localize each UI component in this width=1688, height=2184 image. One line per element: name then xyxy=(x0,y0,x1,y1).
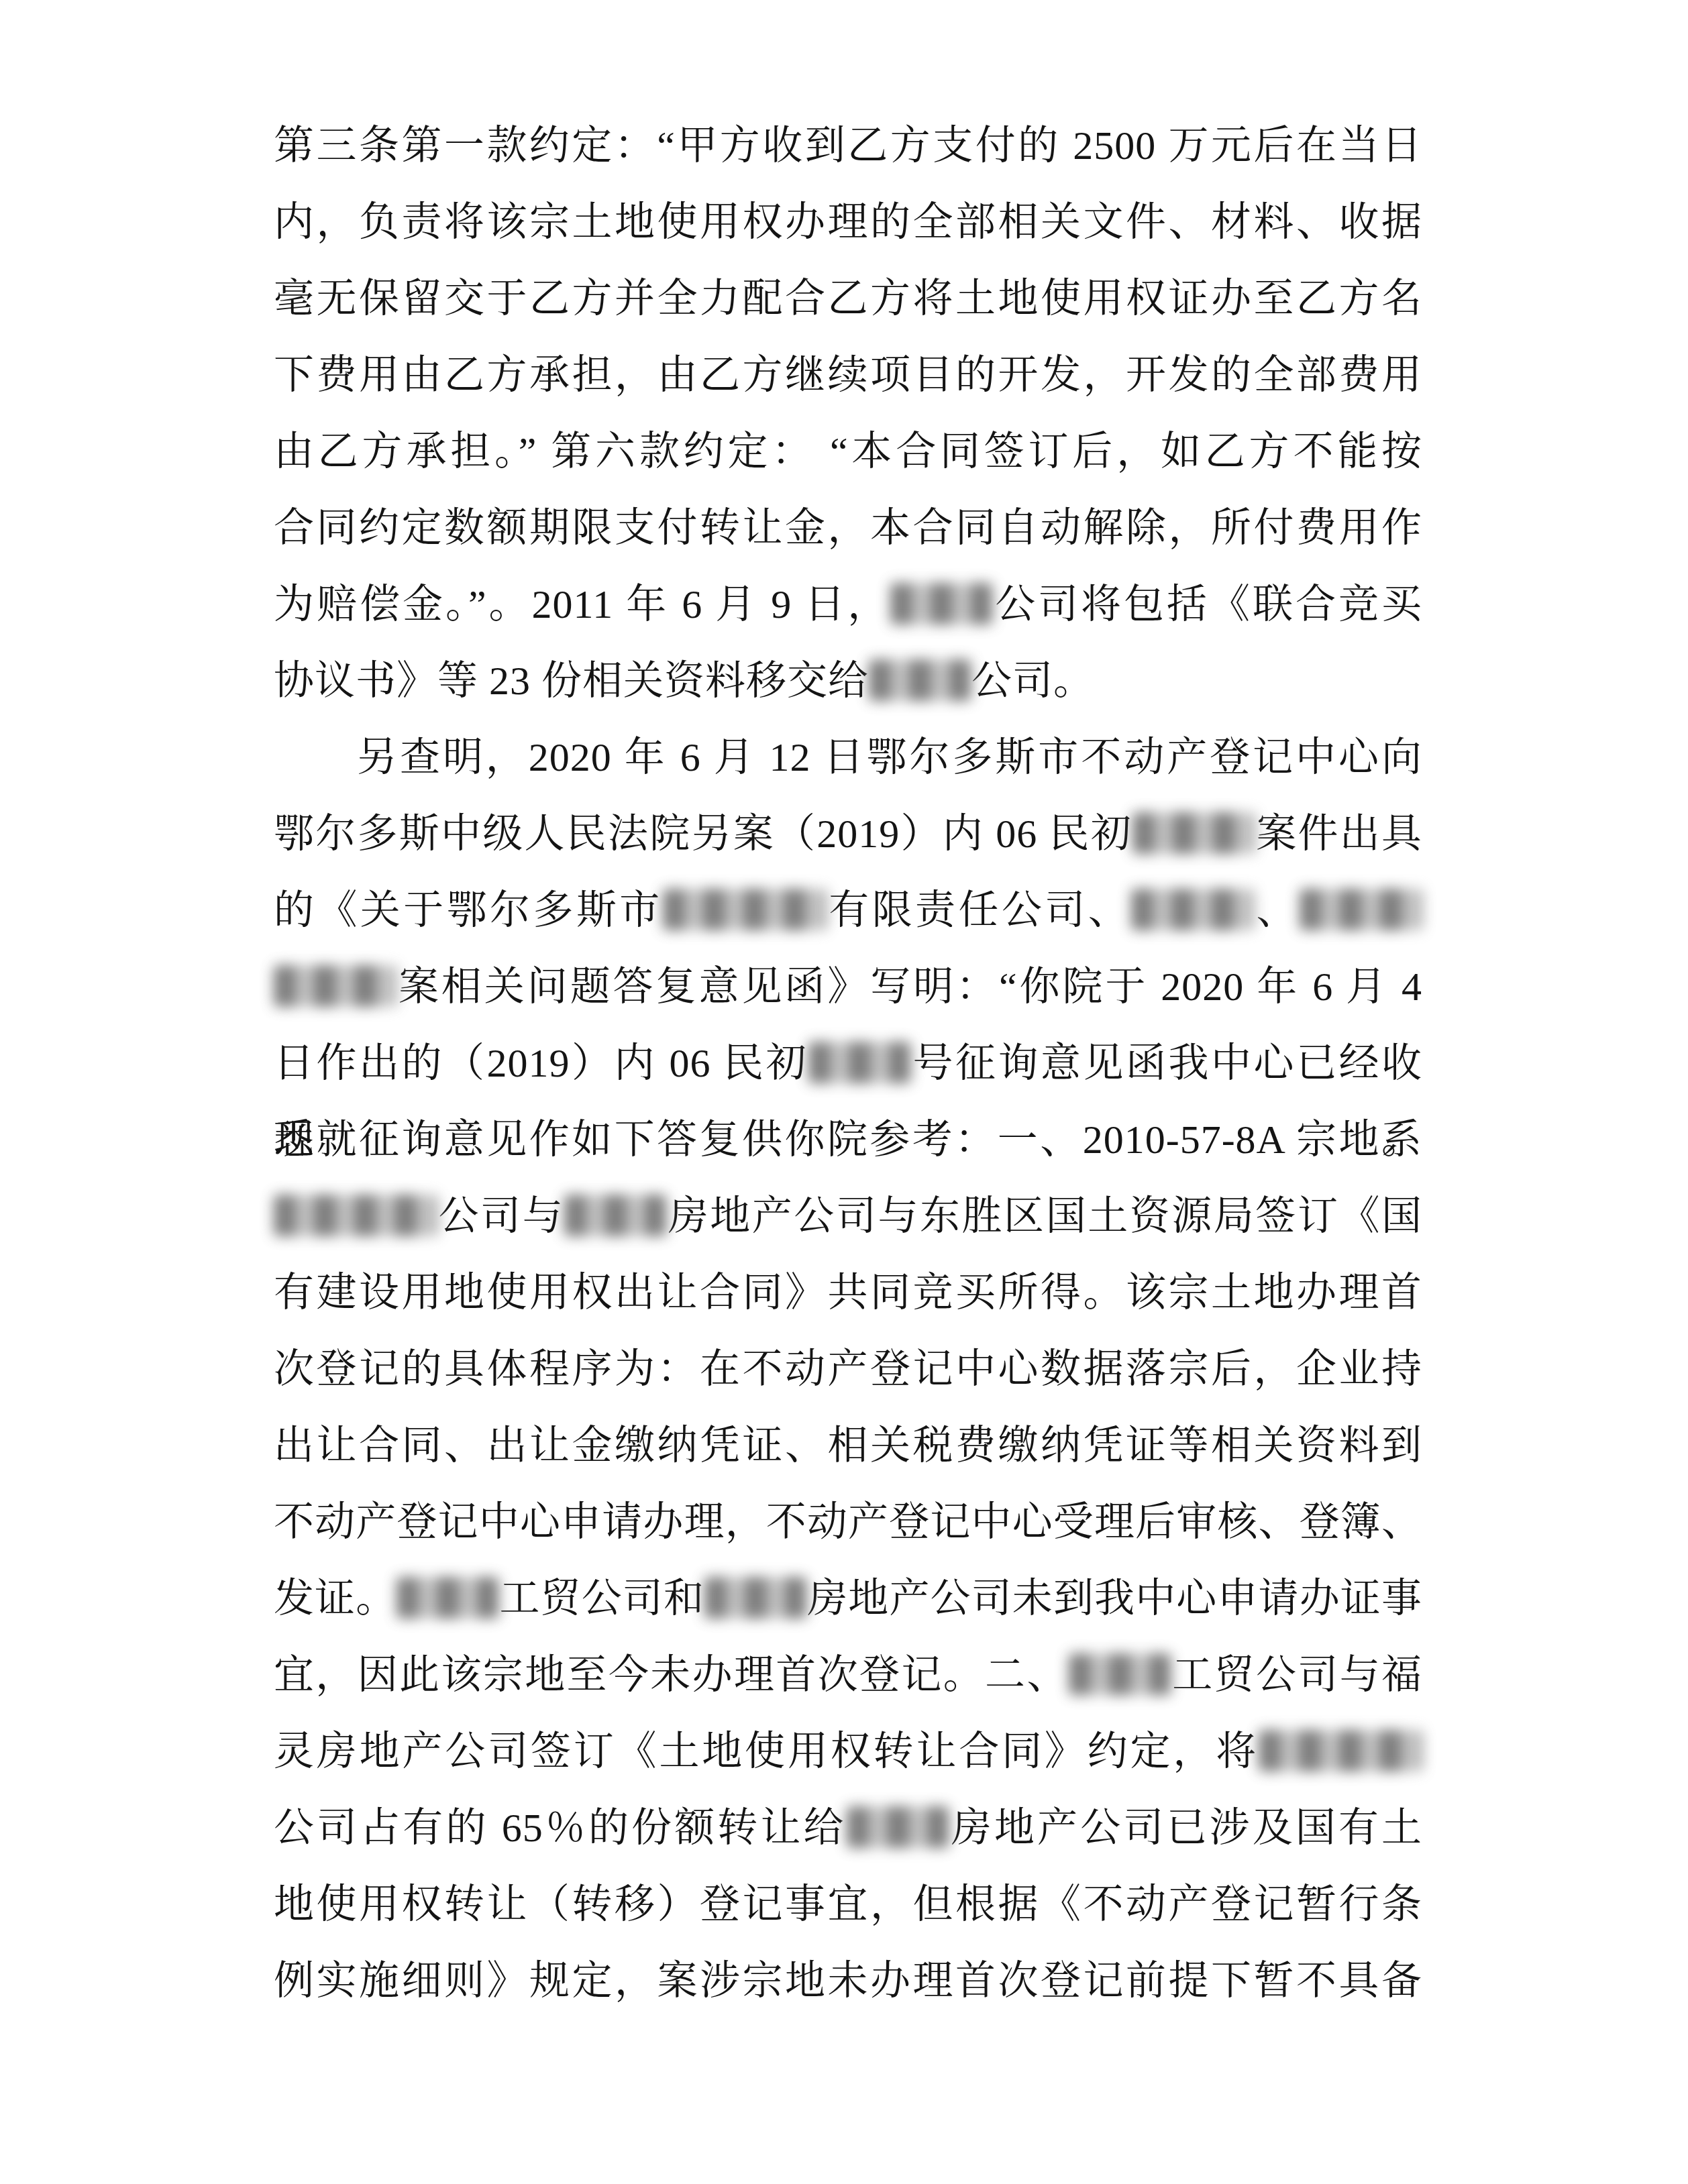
text-run: 灵房地产公司签订《土地使用权转让合同》约定，将 xyxy=(274,1729,1259,1773)
text-run: 发证。 xyxy=(274,1576,397,1621)
text-line: 下费用由乙方承担，由乙方继续项目的开发，开发的全部费用 xyxy=(274,337,1422,413)
redacted-text xyxy=(274,1195,437,1236)
redacted-text xyxy=(808,1042,911,1083)
text-run: 房地产公司未到我中心申请办证事 xyxy=(807,1576,1422,1621)
text-run: 例实施细则》规定，案涉宗地未办理首次登记前提下暂不具备 xyxy=(274,1959,1422,2003)
text-run: 出让合同、出让金缴纳凭证、相关税费缴纳凭证等相关资料到 xyxy=(274,1423,1422,1468)
text-line: 公司占有的 65％的份额转让给房地产公司已涉及国有土 xyxy=(274,1790,1422,1866)
text-run: 地使用权转让（转移）登记事宜，但根据《不动产登记暂行条 xyxy=(274,1882,1422,1926)
text-line: 灵房地产公司签订《土地使用权转让合同》约定，将 xyxy=(274,1713,1422,1790)
text-run: 为赔偿金。”。2011 年 6 月 9 日， xyxy=(274,582,890,626)
text-line: 公司与房地产公司与东胜区国土资源局签订《国 xyxy=(274,1178,1422,1254)
text-line: 案相关问题答复意见函》写明：“你院于 2020 年 6 月 4 xyxy=(274,948,1422,1025)
text-line: 宜，因此该宗地至今未办理首次登记。二、工贸公司与福 xyxy=(274,1637,1422,1713)
redacted-text xyxy=(1259,1730,1422,1771)
text-line: 地使用权转让（转移）登记事宜，但根据《不动产登记暂行条 xyxy=(274,1866,1422,1943)
text-run: 日作出的（2019）内 06 民初 xyxy=(274,1041,808,1085)
text-run: 有建设用地使用权出让合同》共同竞买所得。该宗土地办理首 xyxy=(274,1270,1422,1315)
text-line: 次登记的具体程序为：在不动产登记中心数据落宗后，企业持 xyxy=(274,1331,1422,1407)
text-line: 的《关于鄂尔多斯市有限责任公司、、 xyxy=(274,872,1422,948)
redacted-text xyxy=(1131,889,1254,930)
redacted-text xyxy=(1300,889,1422,930)
document-page: 第三条第一款约定：“甲方收到乙方支付的 2500 万元后在当日内，负责将该宗土地… xyxy=(0,0,1688,2184)
text-run: 工贸公司与福 xyxy=(1171,1653,1422,1697)
text-run: 公司。 xyxy=(971,659,1094,703)
text-line: 为赔偿金。”。2011 年 6 月 9 日，公司将包括《联合竞买 xyxy=(274,566,1422,643)
text-line: 第三条第一款约定：“甲方收到乙方支付的 2500 万元后在当日 xyxy=(274,107,1422,184)
redacted-text xyxy=(847,1806,949,1848)
text-run: 另查明，2020 年 6 月 12 日鄂尔多斯市不动产登记中心向 xyxy=(357,735,1422,779)
text-line: 另查明，2020 年 6 月 12 日鄂尔多斯市不动产登记中心向 xyxy=(274,719,1422,796)
redacted-text xyxy=(564,1195,667,1236)
text-run: 、 xyxy=(1254,888,1300,932)
text-line: 发证。工贸公司和房地产公司未到我中心申请办证事 xyxy=(274,1560,1422,1637)
redacted-text xyxy=(397,1577,499,1619)
text-line: 不动产登记中心申请办理，不动产登记中心受理后审核、登簿、 xyxy=(274,1484,1422,1560)
text-run: 公司将包括《联合竞买 xyxy=(993,582,1422,626)
text-run: 内，负责将该宗土地使用权办理的全部相关文件、材料、收据 xyxy=(274,200,1422,244)
text-run: 下费用由乙方承担，由乙方继续项目的开发，开发的全部费用 xyxy=(274,353,1422,397)
text-line: 有建设用地使用权出让合同》共同竞买所得。该宗土地办理首 xyxy=(274,1254,1422,1331)
text-run: 由乙方承担。” 第六款约定： “本合同签订后，如乙方不能按 xyxy=(274,429,1422,474)
text-line: 现就征询意见作如下答复供你院参考：一、2010-57-8A 宗地系 xyxy=(274,1101,1422,1178)
redacted-text xyxy=(704,1577,807,1619)
redacted-text xyxy=(1132,812,1255,854)
text-line: 协议书》等 23 份相关资料移交给公司。 xyxy=(274,643,1422,719)
redacted-text xyxy=(890,583,993,624)
text-run: 房地产公司已涉及国有土 xyxy=(949,1806,1422,1850)
text-line: 出让合同、出让金缴纳凭证、相关税费缴纳凭证等相关资料到 xyxy=(274,1407,1422,1484)
text-run: 宜，因此该宗地至今未办理首次登记。二、 xyxy=(274,1653,1069,1697)
text-run: 案件出具 xyxy=(1255,812,1422,856)
text-run: 不动产登记中心申请办理，不动产登记中心受理后审核、登簿、 xyxy=(274,1500,1422,1544)
text-line: 合同约定数额期限支付转让金，本合同自动解除，所付费用作 xyxy=(274,490,1422,566)
text-run: 案相关问题答复意见函》写明：“你院于 2020 年 6 月 4 xyxy=(397,965,1422,1009)
text-run: 公司占有的 65％的份额转让给 xyxy=(274,1806,847,1850)
text-line: 由乙方承担。” 第六款约定： “本合同签订后，如乙方不能按 xyxy=(274,413,1422,490)
text-run: 毫无保留交于乙方并全力配合乙方将土地使用权证办至乙方名 xyxy=(274,276,1422,321)
text-run: 鄂尔多斯中级人民法院另案（2019）内 06 民初 xyxy=(274,812,1132,856)
text-run: 有限责任公司、 xyxy=(827,888,1131,932)
document-text-block: 第三条第一款约定：“甲方收到乙方支付的 2500 万元后在当日内，负责将该宗土地… xyxy=(274,107,1422,2019)
text-run: 的《关于鄂尔多斯市 xyxy=(274,888,663,932)
text-line: 毫无保留交于乙方并全力配合乙方将土地使用权证办至乙方名 xyxy=(274,260,1422,337)
text-run: 公司与 xyxy=(437,1194,564,1238)
text-line: 日作出的（2019）内 06 民初号征询意见函我中心已经收悉。 xyxy=(274,1025,1422,1101)
text-line: 内，负责将该宗土地使用权办理的全部相关文件、材料、收据 xyxy=(274,184,1422,260)
text-run: 工贸公司和 xyxy=(499,1576,704,1621)
text-run: 现就征询意见作如下答复供你院参考：一、2010-57-8A 宗地系 xyxy=(274,1117,1422,1162)
text-run: 次登记的具体程序为：在不动产登记中心数据落宗后，企业持 xyxy=(274,1347,1422,1391)
text-run: 第三条第一款约定：“甲方收到乙方支付的 2500 万元后在当日 xyxy=(274,123,1422,168)
redacted-text xyxy=(663,889,827,930)
redacted-text xyxy=(274,965,397,1007)
redacted-text xyxy=(1069,1653,1171,1695)
text-run: 合同约定数额期限支付转让金，本合同自动解除，所付费用作 xyxy=(274,506,1422,550)
text-line: 鄂尔多斯中级人民法院另案（2019）内 06 民初案件出具 xyxy=(274,796,1422,872)
text-line: 例实施细则》规定，案涉宗地未办理首次登记前提下暂不具备 xyxy=(274,1943,1422,2019)
text-run: 房地产公司与东胜区国土资源局签订《国 xyxy=(667,1194,1422,1238)
text-run: 协议书》等 23 份相关资料移交给 xyxy=(274,659,869,703)
redacted-text xyxy=(869,659,971,701)
